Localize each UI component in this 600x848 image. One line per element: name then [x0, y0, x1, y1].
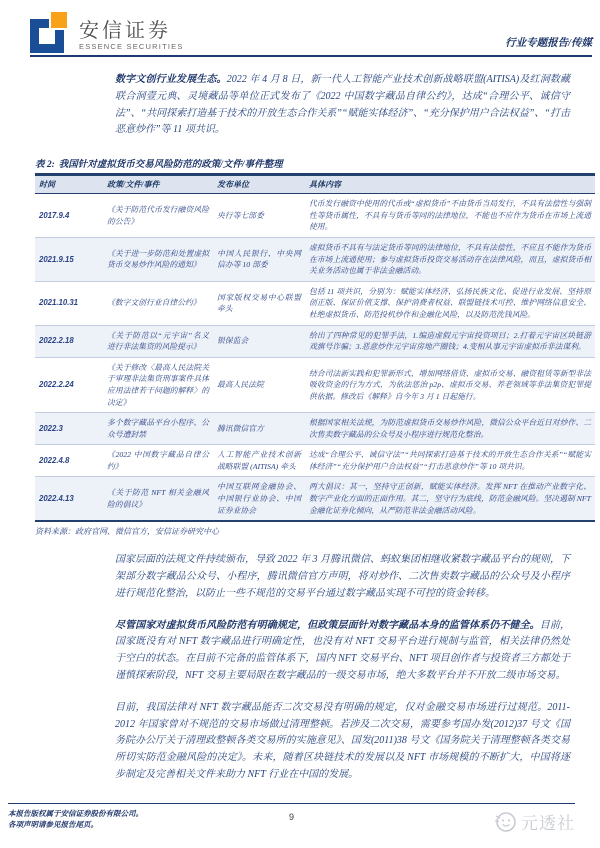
intro-paragraph: 数字文创行业发展生态。2022 年 4 月 8 日，新一代人工智能产业技术创新战… — [115, 72, 570, 139]
table-row: 2021.9.15《关于进一步防范和处置虚拟货币交易炒作风险的通知》中国人民银行… — [35, 237, 595, 281]
cell-content: 两大倡议：其一，坚持守正创新，赋能实体经济。发挥 NFT 在推动产业数字化、数字… — [305, 477, 595, 521]
cell-date: 2022.3 — [35, 413, 103, 445]
col-header-date: 时间 — [35, 175, 103, 194]
table-header-row: 时间 政策/文件/事件 发布单位 具体内容 — [35, 175, 595, 194]
policy-table-body: 2017.9.4《关于防范代币发行融资风险的公告》央行等七部委代币发行融资中使用… — [35, 194, 595, 522]
cell-content: 结合司法新实践和犯罪新形式，增加网络借贷、虚拟币交易、融资租赁等新型非法吸收资金… — [305, 357, 595, 412]
table-row: 2022.4.13《关于防范 NFT 相关金融风险的倡议》中国互联网金融协会、中… — [35, 477, 595, 521]
cell-policy: 多个数字藏品平台小程序、公众号遭封禁 — [103, 413, 213, 445]
cell-policy: 《关于防范以“元宇宙”名义进行非法集资的风险提示》 — [103, 325, 213, 357]
page-header: 安信证券 ESSENCE SECURITIES 行业专题报告/传媒 — [30, 0, 592, 57]
table-source-note: 资料来源：政府官网、微信官方，安信证券研究中心 — [35, 526, 595, 537]
table-row: 2022.3多个数字藏品平台小程序、公众号遭封禁腾讯微信官方根据国家相关法规，为… — [35, 413, 595, 445]
watermark-text: 元透社 — [521, 809, 575, 834]
report-type-label: 行业专题报告/传媒 — [505, 35, 592, 50]
brand-text: 安信证券 ESSENCE SECURITIES — [79, 12, 184, 51]
cell-policy: 《关于修改〈最高人民法院关于审理非法集资刑事案件具体应用法律若干问题的解释〉的决… — [103, 357, 213, 412]
cell-date: 2022.2.24 — [35, 357, 103, 412]
cell-date: 2022.2.18 — [35, 325, 103, 357]
cell-issuer: 最高人民法院 — [213, 357, 305, 412]
col-header-policy: 政策/文件/事件 — [103, 175, 213, 194]
logo-orange-square — [51, 12, 67, 28]
cell-issuer: 中国人民银行、中央网信办等 10 部委 — [213, 237, 305, 281]
cell-content: 根据国家相关法规，为防范虚拟货币交易炒作风险，微信公众平台近日对炒作、二次售卖数… — [305, 413, 595, 445]
table-row: 2022.4.8《2022 中国数字藏品自律公约》人工智能产业技术创新战略联盟 … — [35, 445, 595, 477]
cell-date: 2021.9.15 — [35, 237, 103, 281]
table-row: 2022.2.18《关于防范以“元宇宙”名义进行非法集资的风险提示》银保监会给出… — [35, 325, 595, 357]
cell-issuer: 腾讯微信官方 — [213, 413, 305, 445]
cell-content: 虚拟货币不具有与法定货币等同的法律地位，不具有法偿性，不应且不能作为货币在市场上… — [305, 237, 595, 281]
cell-date: 2022.4.13 — [35, 477, 103, 521]
paragraph-secondary-trading: 目前，我国法律对 NFT 数字藏品能否二次交易没有明确的规定，仅对金融交易市场进… — [115, 700, 570, 784]
brand-name-cn: 安信证券 — [79, 20, 184, 42]
cell-issuer: 国家版权交易中心联盟牵头 — [213, 281, 305, 325]
table-row: 2022.2.24《关于修改〈最高人民法院关于审理非法集资刑事案件具体应用法律若… — [35, 357, 595, 412]
policy-table: 时间 政策/文件/事件 发布单位 具体内容 2017.9.4《关于防范代币发行融… — [35, 173, 595, 522]
paragraph-regulation-tightening: 国家层面的法规文件持续颁布，导致 2022 年 3 月腾讯微信、蚂蚁集团相继收紧… — [115, 552, 570, 602]
cell-policy: 《数字文创行业自律公约》 — [103, 281, 213, 325]
watermark: 元透社 — [492, 808, 575, 834]
col-header-content: 具体内容 — [305, 175, 595, 194]
cell-date: 2017.9.4 — [35, 194, 103, 238]
cell-date: 2021.10.31 — [35, 281, 103, 325]
table-title-text: 我国针对虚拟货币交易风险防范的政策/文件/事件整理 — [59, 160, 283, 170]
table-number-label: 表 2: — [35, 160, 55, 170]
cell-content: 给出了四种常见的犯罪手法，1.编造虚假元宇宙投资项目；2.打着元宇宙区块链游戏旗… — [305, 325, 595, 357]
paragraph-supervision-gap-lead: 尽管国家对虚拟货币风险防范有明确规定，但政策层面针对数字藏品本身的监管体系仍不健… — [115, 620, 540, 631]
intro-lead: 数字文创行业发展生态。 — [115, 74, 227, 85]
cell-policy: 《关于进一步防范和处置虚拟货币交易炒作风险的通知》 — [103, 237, 213, 281]
cell-issuer: 央行等七部委 — [213, 194, 305, 238]
table-row: 2017.9.4《关于防范代币发行融资风险的公告》央行等七部委代币发行融资中使用… — [35, 194, 595, 238]
essence-securities-logo-icon — [30, 12, 72, 54]
table-row: 2021.10.31《数字文创行业自律公约》国家版权交易中心联盟牵头包括 11 … — [35, 281, 595, 325]
cell-issuer: 中国互联网金融协会、中国银行业协会、中国证券业协会 — [213, 477, 305, 521]
report-page: 安信证券 ESSENCE SECURITIES 行业专题报告/传媒 数字文创行业… — [0, 0, 600, 784]
page-footer: 本报告版权属于安信证券股份有限公司。 各项声明请参见报告尾页。 9 元透社 — [8, 803, 575, 830]
cell-policy: 《2022 中国数字藏品自律公约》 — [103, 445, 213, 477]
cell-issuer: 人工智能产业技术创新战略联盟 (AITISA) 牵头 — [213, 445, 305, 477]
table-title: 表 2:我国针对虚拟货币交易风险防范的政策/文件/事件整理 — [35, 156, 595, 173]
page-number: 9 — [289, 812, 294, 822]
cell-policy: 《关于防范代币发行融资风险的公告》 — [103, 194, 213, 238]
cell-content: 达成“合理公平、诚信守法”“共同探索打造基于技术的开放生态合作关系”“赋能实体经… — [305, 445, 595, 477]
brand-name-en: ESSENCE SECURITIES — [79, 42, 184, 51]
cell-date: 2022.4.8 — [35, 445, 103, 477]
cell-content: 包括 11 项共识，分别为：赋能实体经济、弘扬民族文化、促进行业发展、坚持原创正… — [305, 281, 595, 325]
smiley-face-icon — [492, 808, 518, 834]
col-header-issuer: 发布单位 — [213, 175, 305, 194]
cell-issuer: 银保监会 — [213, 325, 305, 357]
cell-content: 代币发行融资中使用的代币或“虚拟货币”不由货币当局发行，不具有法偿性与强制性等货… — [305, 194, 595, 238]
cell-policy: 《关于防范 NFT 相关金融风险的倡议》 — [103, 477, 213, 521]
brand-logo: 安信证券 ESSENCE SECURITIES — [30, 12, 184, 54]
paragraph-supervision-gap: 尽管国家对虚拟货币风险防范有明确规定，但政策层面针对数字藏品本身的监管体系仍不健… — [115, 618, 570, 685]
